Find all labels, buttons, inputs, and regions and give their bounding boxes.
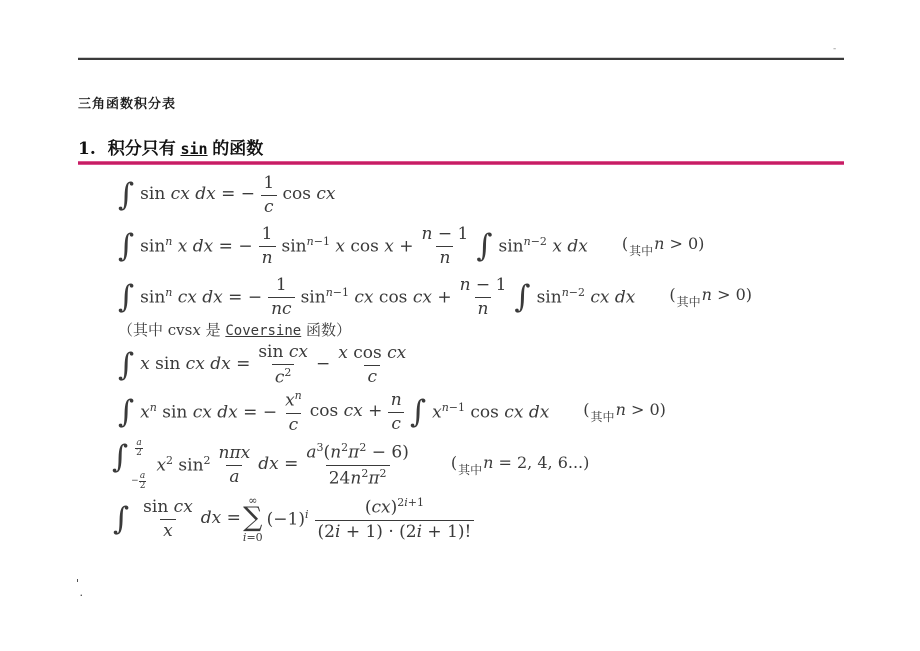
- document-page: - 三角函数积分表 1.积分只有 sin 的函数 ∫sin cx dx = −1…: [0, 0, 920, 651]
- section-number: 1.: [78, 139, 96, 159]
- top-rule: [78, 57, 844, 60]
- formula-row-6: ∫xn sin cx dx = −xnccos cx +nc∫xn−1 cos …: [118, 390, 666, 434]
- page-title: 三角函数积分表: [78, 93, 176, 112]
- section-heading-sin: sin: [180, 140, 207, 158]
- formula-row-3: ∫sinn cx dx = −1ncsinn−1 cx cos cx +n − …: [118, 276, 752, 318]
- section-accent-rule: [78, 161, 844, 165]
- section-heading-pre: 积分只有: [108, 139, 181, 158]
- section-heading-post: 的函数: [208, 139, 264, 158]
- formula-row-1: ∫sin cx dx = −1ccos cx: [118, 175, 336, 215]
- bottom-left-mark: ' .: [76, 579, 83, 598]
- formula-row-7: ∫a2−a2x2 sin2nπxadx =a3(n2π2 − 6)24n2π2(…: [112, 437, 589, 493]
- formula-row-2: ∫sinn x dx = −1nsinn−1 x cos x +n − 1n∫s…: [118, 225, 704, 267]
- section-heading: 1.积分只有 sin 的函数: [78, 134, 263, 159]
- formula-row-8: ∫sin cxxdx =∞∑i=0(−1)i(cx)2i+1(2i + 1) ·…: [113, 491, 480, 547]
- top-right-mark: -: [833, 45, 836, 54]
- formula-note-coversine: （其中 cvsx 是 Coversine 函数）: [118, 320, 351, 342]
- formula-row-5: ∫x sin cx dx =sin cxc2−x cos cxc: [118, 342, 414, 388]
